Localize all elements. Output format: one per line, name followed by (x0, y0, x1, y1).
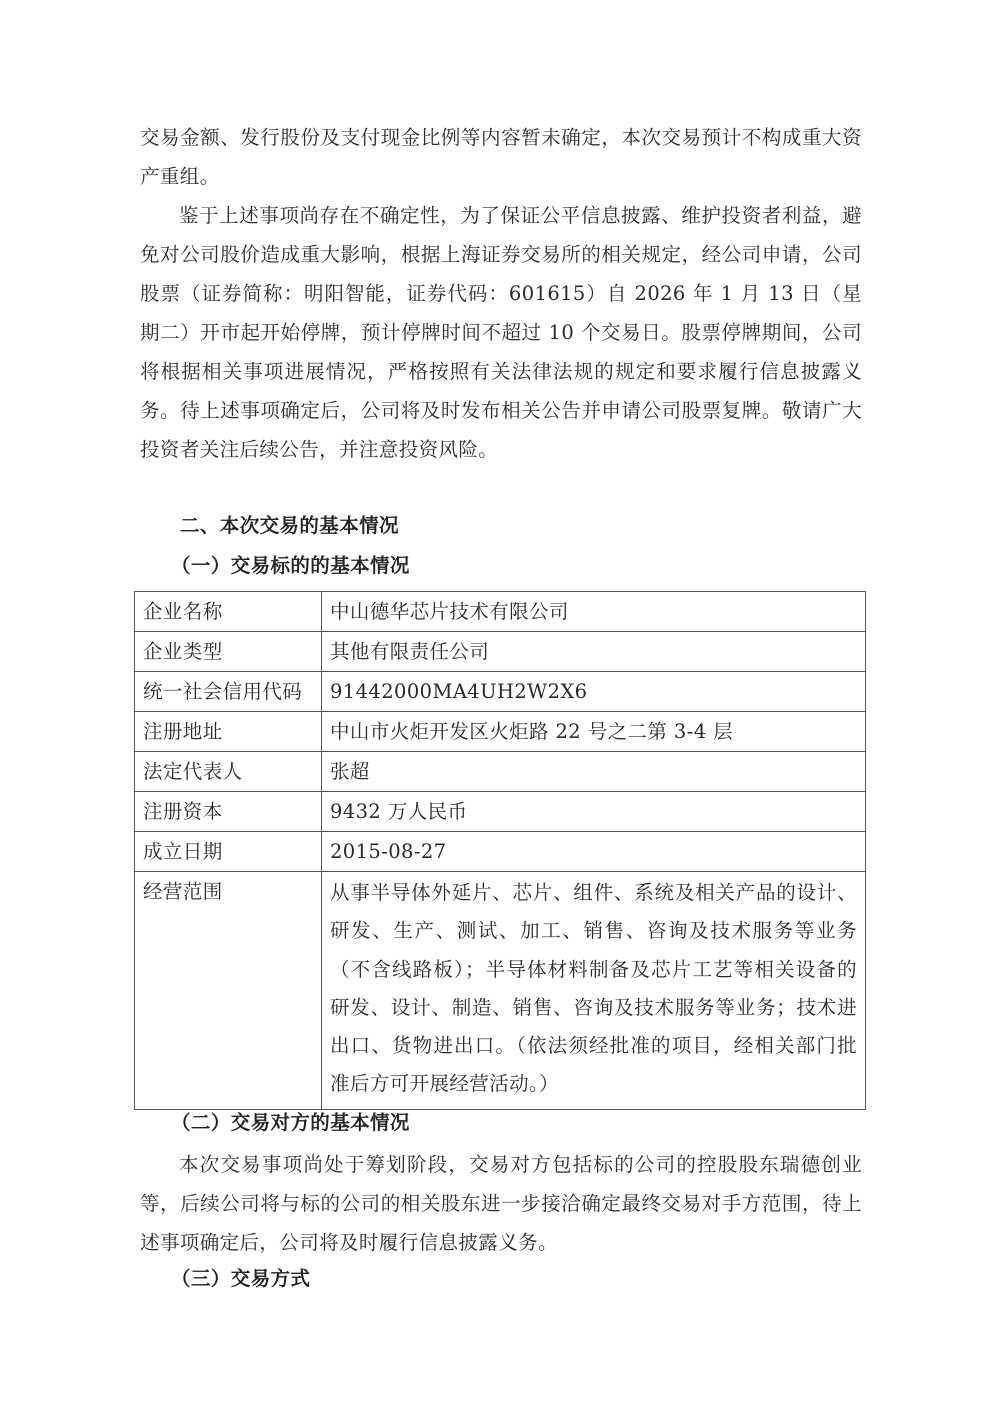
table-value-cell: 9432 万人民币 (322, 792, 866, 832)
table-label-cell: 统一社会信用代码 (135, 672, 322, 712)
paragraph-intro-continued: 交易金额、发行股份及支付现金比例等内容暂未确定，本次交易预计不构成重大资产重组。 (140, 118, 862, 196)
table-value-cell: 张超 (322, 752, 866, 792)
subsection-heading-transaction-method: （三）交易方式 (171, 1264, 310, 1294)
table-label-cell: 注册资本 (135, 792, 322, 832)
paragraph-suspension-notice: 鉴于上述事项尚存在不确定性，为了保证公平信息披露、维护投资者利益，避免对公司股价… (140, 196, 862, 469)
table-label-cell: 法定代表人 (135, 752, 322, 792)
table-value-cell: 其他有限责任公司 (322, 632, 866, 672)
table-value-cell: 91442000MA4UH2W2X6 (322, 672, 866, 712)
table-label-cell: 企业名称 (135, 592, 322, 632)
table-value-cell: 中山市火炬开发区火炬路 22 号之二第 3-4 层 (322, 712, 866, 752)
subsection-heading-target-info: （一）交易标的的基本情况 (171, 551, 410, 581)
table-row: 统一社会信用代码 91442000MA4UH2W2X6 (135, 672, 866, 712)
table-value-cell: 2015-08-27 (322, 832, 866, 872)
table-label-cell: 经营范围 (135, 872, 322, 1110)
table-value-cell: 中山德华芯片技术有限公司 (322, 592, 866, 632)
table-row: 成立日期 2015-08-27 (135, 832, 866, 872)
target-company-info-table: 企业名称 中山德华芯片技术有限公司 企业类型 其他有限责任公司 统一社会信用代码… (134, 591, 866, 1110)
table-label-cell: 企业类型 (135, 632, 322, 672)
section-heading-basic-info: 二、本次交易的基本情况 (180, 511, 399, 541)
table-row: 注册地址 中山市火炬开发区火炬路 22 号之二第 3-4 层 (135, 712, 866, 752)
table-label-cell: 注册地址 (135, 712, 322, 752)
table-row: 企业类型 其他有限责任公司 (135, 632, 866, 672)
table-value-cell: 从事半导体外延片、芯片、组件、系统及相关产品的设计、研发、生产、测试、加工、销售… (322, 872, 866, 1110)
subsection-heading-counterparty-info: （二）交易对方的基本情况 (171, 1108, 410, 1138)
paragraph-counterparty: 本次交易事项尚处于筹划阶段，交易对方包括标的公司的控股股东瑞德创业等，后续公司将… (140, 1145, 862, 1262)
table-row: 注册资本 9432 万人民币 (135, 792, 866, 832)
table-row: 经营范围 从事半导体外延片、芯片、组件、系统及相关产品的设计、研发、生产、测试、… (135, 872, 866, 1110)
table-row: 法定代表人 张超 (135, 752, 866, 792)
document-page: 交易金额、发行股份及支付现金比例等内容暂未确定，本次交易预计不构成重大资产重组。… (0, 0, 1000, 1414)
table-row: 企业名称 中山德华芯片技术有限公司 (135, 592, 866, 632)
table-label-cell: 成立日期 (135, 832, 322, 872)
